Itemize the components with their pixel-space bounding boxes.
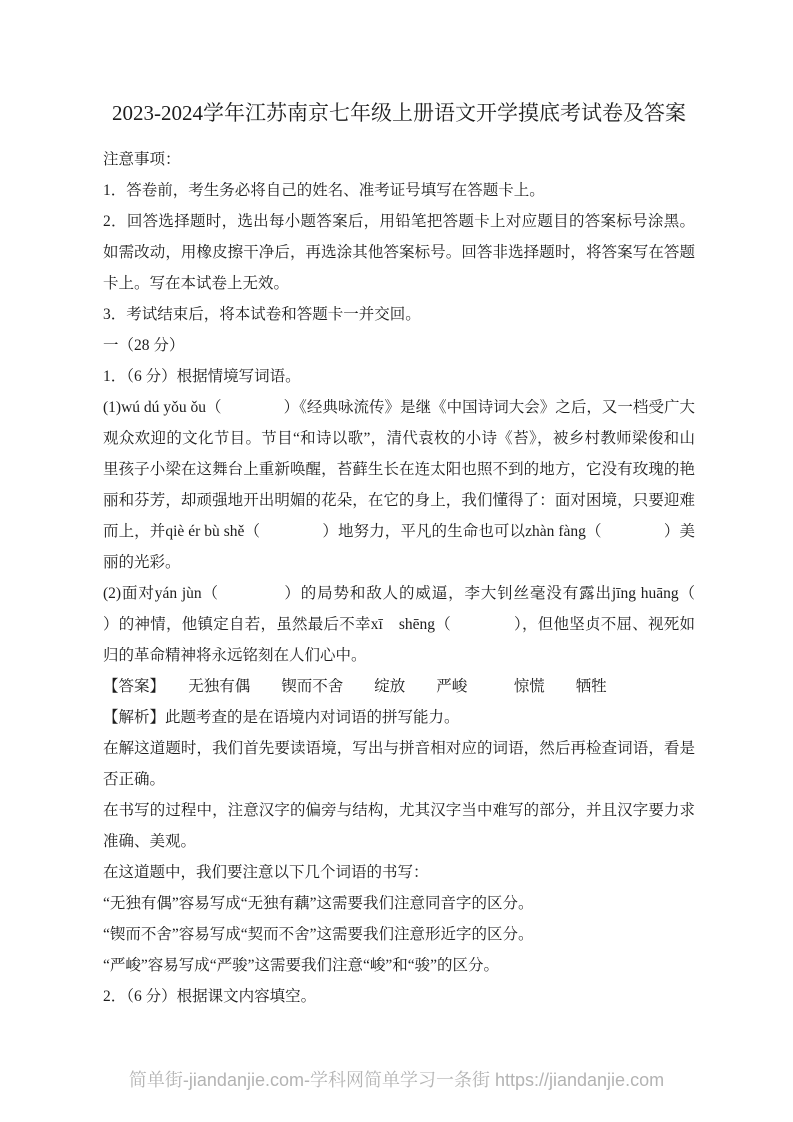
watermark-footer: 简单街-jiandanjie.com-学科网简单学习一条街 https://ji… — [0, 1066, 793, 1092]
question-1-part-2: (2)面对yán jùn（ ）的局势和敌人的威逼，李大钊丝毫没有露出jīng h… — [103, 578, 695, 671]
question-2-stem: 2．（6 分）根据课文内容填空。 — [103, 981, 695, 1012]
notices-label: 注意事项： — [103, 144, 695, 175]
document-body: 2023-2024学年江苏南京七年级上册语文开学摸底考试卷及答案 注意事项： 1… — [103, 88, 695, 1012]
notice-item-1: 1．答卷前，考生务必将自己的姓名、准考证号填写在答题卡上。 — [103, 175, 695, 206]
analysis-intro: 【解析】此题考查的是在语境内对词语的拼写能力。 — [103, 702, 695, 733]
analysis-word-2: “锲而不舍”容易写成“契而不舍”这需要我们注意形近字的区分。 — [103, 919, 695, 950]
notice-item-2: 2．回答选择题时，选出每小题答案后，用铅笔把答题卡上对应题目的答案标号涂黑。如需… — [103, 206, 695, 299]
page-title: 2023-2024学年江苏南京七年级上册语文开学摸底考试卷及答案 — [103, 88, 695, 138]
question-1-part-1: (1)wú dú yǒu ǒu（ ）《经典咏流传》是继《中国诗词大会》之后，又一… — [103, 392, 695, 578]
exam-paper-page: 2023-2024学年江苏南京七年级上册语文开学摸底考试卷及答案 注意事项： 1… — [0, 0, 793, 1122]
analysis-step-2: 在书写的过程中，注意汉字的偏旁与结构，尤其汉字当中难写的部分，并且汉字要力求准确… — [103, 795, 695, 857]
analysis-word-1: “无独有偶”容易写成“无独有藕”这需要我们注意同音字的区分。 — [103, 888, 695, 919]
question-1-stem: 1．（6 分）根据情境写词语。 — [103, 361, 695, 392]
analysis-step-1: 在解这道题时，我们首先要读语境，写出与拼音相对应的词语，然后再检查词语，看是否正… — [103, 733, 695, 795]
notice-item-3: 3．考试结束后，将本试卷和答题卡一并交回。 — [103, 299, 695, 330]
analysis-note: 在这道题中，我们要注意以下几个词语的书写： — [103, 857, 695, 888]
analysis-word-3: “严峻”容易写成“严骏”这需要我们注意“峻”和“骏”的区分。 — [103, 950, 695, 981]
section-heading: 一（28 分） — [103, 330, 695, 361]
answer-line: 【答案】 无独有偶 锲而不舍 绽放 严峻 惊慌 牺牲 — [103, 671, 695, 702]
